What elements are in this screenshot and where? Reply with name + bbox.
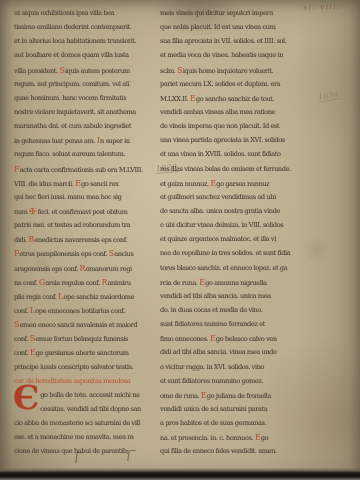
- ink-text: rcia de runa.: [160, 279, 199, 287]
- ink-text: go juliana de fromella: [207, 392, 271, 400]
- ink-text: et guillmeri sanchez vendidimus ad ubi: [160, 193, 276, 201]
- ink-text: omanorum regi: [86, 265, 132, 273]
- text-line: aragonensis eps conf. Romanorum regi: [14, 261, 144, 275]
- rubricated-initial: ✠: [29, 206, 36, 216]
- ink-text: sclm.: [160, 67, 177, 75]
- ink-text: et gaiza nunnuz.: [160, 180, 210, 188]
- ink-text: vendidi unica de sci saturnini parata: [160, 405, 267, 413]
- text-line: num ✠ feci. et confirmavi post obitum: [14, 204, 144, 218]
- ink-text: maranatha dni. et cum zabulo ingrediet: [14, 122, 131, 130]
- text-line: Semen eneco sancii navalensis et maiord: [14, 317, 144, 331]
- pencil-date-annotation-left: 1020: [156, 162, 178, 174]
- text-line: nostre violare inquietaverit. sit anathe…: [14, 105, 144, 119]
- text-line: vendidi ad tibi alba sancia. unica mea: [160, 289, 294, 303]
- ink-text: et sunt fidiatores nummino gomez.: [160, 377, 263, 385]
- ink-text: go garsianus uberte sanctorum: [36, 349, 129, 357]
- text-line: do sancta alba. unica nostra gratia vind…: [160, 204, 294, 218]
- text-line: regum fisco. soluat aureum talentum.: [14, 147, 144, 161]
- ink-text: ope sanchiz maiordome: [64, 293, 135, 301]
- ink-text: regum. aut principum. comitum. vel ali: [14, 80, 129, 88]
- ink-text: a pros habitos et de suas germanas.: [160, 419, 266, 427]
- ink-text: qui hec fieri iussi. manu mea hoc sig: [14, 193, 121, 201]
- ink-text: quae hominum. hanc vocem firmitatis: [14, 94, 126, 102]
- text-line: et media voca de vinea. habeatis usque i…: [160, 48, 294, 62]
- text-line: aut boalhare et domos quam villa iusta: [14, 48, 144, 62]
- text-line: cio abba de monasterio sci saturnini de …: [14, 416, 144, 430]
- text-line: sua filia apreciata in VII. solidos. et …: [160, 34, 294, 48]
- ink-text: ose. et a monachine me amavita. mea ra: [14, 433, 134, 441]
- text-line: sunt fidiatores nummo ferrandez et: [160, 317, 294, 331]
- text-line: maranatha dni. et cum zabulo ingrediet: [14, 119, 144, 133]
- ink-text: go garsea nunnuz: [216, 180, 269, 188]
- ink-text: didi.: [14, 236, 28, 244]
- text-line: villa possident. Siquis autem posterum: [14, 63, 144, 77]
- ink-text: que nobis placuit. Id est una vinea cum: [160, 23, 275, 31]
- text-line: nea de repollune in tres solidos. et sun…: [160, 246, 294, 260]
- text-line: M.LXX.II. Ego sancho sanchiz de tout.: [160, 91, 294, 105]
- text-line: fimo ennecones. Ego belasco calvo ven: [160, 331, 294, 345]
- ink-text: cione de vineas que habui de parentib;: [14, 447, 128, 455]
- ink-text: num: [14, 208, 29, 216]
- text-line: sclm. Siquis homo inquietare voluerit.: [160, 63, 294, 77]
- text-line: o vicitur ragga. in XVI. solidos. vino: [160, 360, 294, 374]
- text-line: et una vinea in XVIII. solidos. sunt fid…: [160, 147, 294, 161]
- ink-text: patris mei. et testes ad roborandum tra: [14, 221, 130, 229]
- ink-text: vendidi ambas vineas alba mea ratione: [160, 108, 275, 116]
- text-line: rcia de runa. Ego amunna nigruella: [160, 275, 294, 289]
- ink-text: go belasco calvo ven: [216, 335, 277, 343]
- ink-text: meis vineis qui dicitur sepulcri impera: [160, 9, 273, 17]
- flourish-mark-icon: [75, 452, 84, 463]
- ink-text: arsia regulus conf.: [45, 279, 101, 287]
- text-line: et in alterius loca habitationem transie…: [14, 34, 144, 48]
- ink-text: res illas vineas belas de emisem et ferr…: [160, 165, 291, 173]
- ink-text: et media voca de vinea. habeatis usque i…: [160, 51, 283, 59]
- text-line: res illas vineas belas de emisem et ferr…: [160, 162, 294, 176]
- right-text-column: meis vineis qui dicitur sepulcri imperaq…: [160, 6, 298, 459]
- text-line: et quinze argenteos malmatoc. et illa vi: [160, 232, 294, 246]
- text-line: conf. Ego garsianus uberte sanctorum: [14, 345, 144, 359]
- ink-text: didi ad tibi alba sancia. vinea mea unde: [160, 348, 276, 356]
- ink-text: emen eneco sancii navalensis et maiord: [20, 321, 138, 329]
- text-line: quae hominum. hanc vocem firmitatis: [14, 91, 144, 105]
- ink-text: M.LXX.II.: [160, 95, 190, 103]
- ink-text: go bella de tote. accessit michi ne: [40, 391, 139, 399]
- ink-text: conf.: [14, 307, 30, 315]
- text-line: didi ad tibi alba sancia. vinea mea unde: [160, 345, 294, 359]
- ink-text: go: [261, 434, 268, 442]
- ink-text: pariet mecum LX. solidos et duplum. era: [160, 80, 280, 88]
- ink-text: cio abba de monasterio sci saturnini de …: [14, 419, 140, 427]
- text-line: VIII. die idus marcii. Ego sancii rex: [14, 176, 144, 190]
- text-line: ose. et a monachine me amavita. mea ra: [14, 430, 144, 444]
- text-line: tores blasco sanchiz. et enneco lopez. e…: [160, 261, 294, 275]
- text-line: vendidi ambas vineas alba mea ratione: [160, 105, 294, 119]
- ink-text: ome de runa.: [160, 392, 201, 400]
- ink-text: ut siquis exhibitionis ipsa villa bea: [14, 9, 114, 17]
- text-line: qui filia de enneco feles vendidit. amen…: [160, 444, 294, 458]
- ink-text: et una vinea in XVIII. solidos. sunt fid…: [160, 150, 281, 158]
- ink-text: enedictus navarrensis eps conf.: [34, 236, 127, 244]
- text-line: na conf. Garsia regulus conf. Ranimiru: [14, 275, 144, 289]
- flourish-mark-icon: [127, 450, 136, 461]
- text-line: regum. aut principum. comitum. vel ali: [14, 77, 144, 91]
- manuscript-page: xl. viii. ut siquis exhibitionis ipsa vi…: [0, 0, 360, 480]
- ink-text: go sancii rex: [81, 180, 118, 188]
- ink-text: etrus pampilonensis eps conf.: [19, 250, 108, 258]
- text-line: pariet mecum LX. solidos et duplum. era: [160, 77, 294, 91]
- ink-text: n super in: [100, 137, 130, 145]
- ink-text: na conf.: [14, 279, 39, 287]
- text-line: principe iussis conscripto salvator test…: [14, 360, 144, 374]
- ink-text: aut boalhare et domos quam villa iusta: [14, 51, 129, 59]
- ink-text: conf.: [14, 349, 30, 357]
- ink-text: sua filia apreciata in VII. solidos. et …: [160, 37, 286, 45]
- text-line: de vineis imperas que non placuit. Id es…: [160, 119, 294, 133]
- ink-text: o vicitur ragga. in XVI. solidos. vino: [160, 363, 264, 371]
- text-line: plis regis conf. Lope sanchiz maiordome: [14, 289, 144, 303]
- folio-number: xl. viii.: [303, 1, 355, 12]
- ink-text: emue fortun belasquiz funensis: [35, 335, 128, 343]
- text-line: patris mei. et testes ad roborandum tra: [14, 218, 144, 232]
- ink-text: villa possident.: [14, 67, 59, 75]
- pencil-date-annotation-right: 1034: [317, 89, 340, 102]
- ink-text: sunt fidiatores nummo ferrandez et: [160, 320, 265, 328]
- drop-cap-initial-icon: Є: [13, 381, 43, 417]
- text-line: una vinea partida apreciata in XVI. soli…: [160, 133, 294, 147]
- ink-text: conf.: [14, 335, 30, 343]
- text-line: et guillmeri sanchez vendidimus ad ubi: [160, 190, 294, 204]
- text-line: ut siquis exhibitionis ipsa villa bea: [14, 6, 144, 20]
- ink-text: de vineis imperas que non placuit. Id es…: [160, 122, 279, 130]
- ink-text: acta carta confirmationis sub era M.LVII…: [20, 166, 143, 174]
- ink-text: fimo ennecones.: [160, 335, 210, 343]
- text-line: a pros habitos et de suas germanas.: [160, 416, 294, 430]
- text-line: ome de runa. Ego juliana de fromella: [160, 388, 294, 402]
- text-line: tissimo emiliano dederint contempserit.: [14, 20, 144, 34]
- ink-text: o ubi dicitur vinea delmiza. in VIII. so…: [160, 221, 283, 229]
- ink-text: VIII. die idus marcii.: [14, 180, 75, 188]
- text-line: na. et presencia. in. c. honnuos. Ego: [160, 430, 294, 444]
- text-line: do. in duas cocas et media de vino.: [160, 303, 294, 317]
- ink-text: na. et presencia. in. c. honnuos.: [160, 434, 255, 442]
- ink-text: et in alterius loca habitationem transie…: [14, 37, 136, 45]
- ink-text: principe iussis conscripto salvator test…: [14, 363, 133, 371]
- scan-edge-strip: [0, 468, 360, 480]
- text-line: et sunt fidiatores nummino gomez.: [160, 374, 294, 388]
- ink-text: do. in duas cocas et media de vino.: [160, 306, 263, 314]
- ink-text: iquis autem posterum: [65, 67, 130, 75]
- ink-text: plis regis conf.: [14, 293, 58, 301]
- text-line: didi. Benedictus navarrensis eps conf.: [14, 232, 144, 246]
- ink-text: nostre violare inquietaverit. sit anathe…: [14, 108, 136, 116]
- text-line: Petrus pampilonensis eps conf. Sancius: [14, 246, 144, 260]
- ink-text: vendidi ad tibi alba sancia. unica mea: [160, 292, 271, 300]
- text-line: in gehennas luat penas am. In super in: [14, 133, 144, 147]
- ink-text: regum fisco. soluat aureum talentum.: [14, 150, 125, 158]
- ink-text: qui filia de enneco feles vendidit. amen…: [160, 447, 277, 455]
- text-line: qui hec fieri iussi. manu mea hoc sig: [14, 190, 144, 204]
- text-line: o ubi dicitur vinea delmiza. in VIII. so…: [160, 218, 294, 232]
- text-line: Facta carta confirmationis sub era M.LVI…: [14, 162, 144, 176]
- ink-text: cessitas. vendidi ad tibi dopno san: [40, 405, 141, 413]
- ink-text: feci. et confirmavi post obitum: [36, 208, 128, 216]
- text-line: que nobis placuit. Id est una vinea cum: [160, 20, 294, 34]
- ink-text: in gehennas luat penas am.: [14, 137, 97, 145]
- ink-text: go amunna nigruella: [205, 279, 267, 287]
- text-line: meis vineis qui dicitur sepulcri impera: [160, 6, 294, 20]
- text-line: conf. Lope ennecones botilarius conf.: [14, 303, 144, 317]
- ink-text: una vinea partida apreciata in XVI. soli…: [160, 136, 285, 144]
- text-line: vendidi unica de sci saturnini parata: [160, 402, 294, 416]
- text-line: conf. Semue fortun belasquiz funensis: [14, 331, 144, 345]
- ink-text: iquis homo inquietare voluerit.: [183, 67, 274, 75]
- ink-text: tissimo emiliano dederint contempserit.: [14, 23, 132, 31]
- ink-text: go sancho sanchiz de tout.: [196, 95, 274, 103]
- ink-text: ancius: [114, 250, 133, 258]
- ink-text: ope ennecones botilarius conf.: [35, 307, 125, 315]
- ink-text: nea de repollune in tres solidos. et sun…: [160, 249, 290, 257]
- ink-text: aragonensis eps conf.: [14, 265, 80, 273]
- ink-text: tores blasco sanchiz. et enneco lopez. e…: [160, 264, 287, 272]
- ink-text: do sancta alba. unica nostra gratia vind…: [160, 207, 280, 215]
- text-line: et gaiza nunnuz. Ego garsea nunnuz: [160, 176, 294, 190]
- ink-text: et quinze argenteos malmatoc. et illa vi: [160, 235, 276, 243]
- ink-text: animiru: [108, 279, 131, 287]
